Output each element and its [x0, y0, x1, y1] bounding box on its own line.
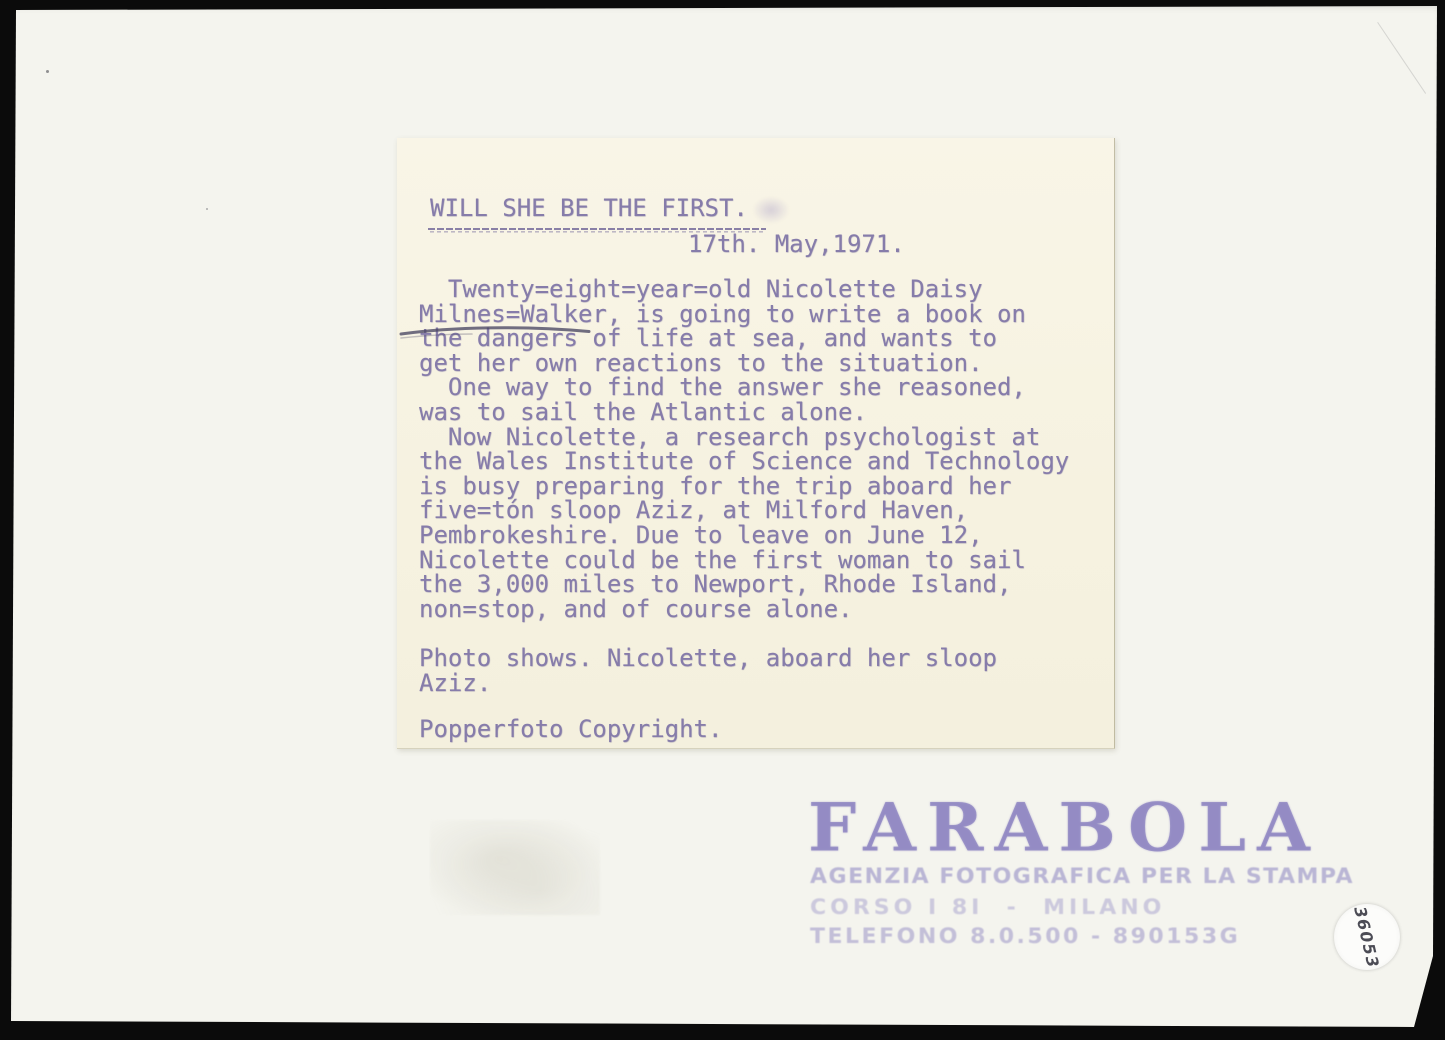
archive-number: 36053: [1351, 904, 1384, 970]
scan-background: WILL SHE BE THE FIRST. 17th. May,1971. T…: [0, 0, 1445, 1040]
dust-speck: [206, 208, 208, 210]
dust-speck: [46, 70, 49, 73]
caption-photo-note: Photo shows. Nicolette, aboard her sloop…: [419, 646, 997, 695]
ink-smudge: [752, 196, 790, 224]
paper-crease: [1377, 22, 1426, 94]
caption-date: 17th. May,1971.: [688, 232, 905, 257]
caption-body-text: Twenty=eight=year=old Nicolette Daisy Mi…: [419, 277, 1069, 621]
faint-pencil-marks: [430, 820, 600, 915]
archive-number-sticker: 36053: [1334, 904, 1400, 970]
caption-title: WILL SHE BE THE FIRST.: [430, 196, 748, 221]
caption-copyright: Popperfoto Copyright.: [419, 717, 722, 742]
